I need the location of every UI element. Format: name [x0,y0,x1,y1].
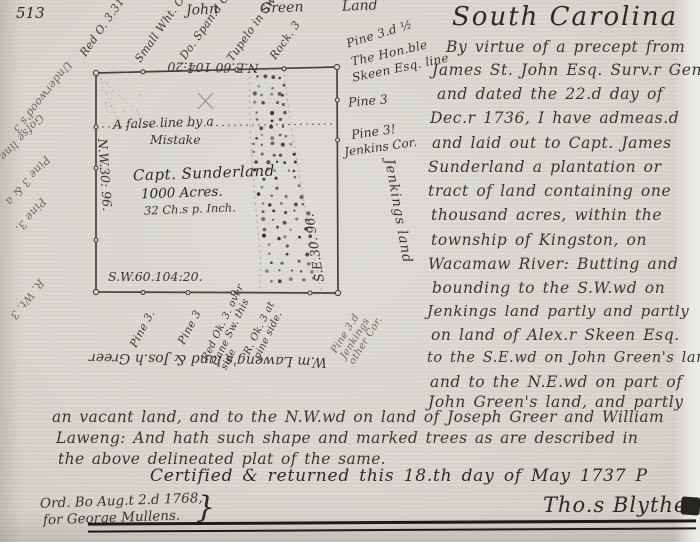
deed-line: Jenkings land partly and partly [427,304,689,320]
surveyor-signature: Tho.s Blythe, D.S [543,494,700,516]
page-number: 513 [16,6,45,22]
false-line-note2: Mistake [150,133,201,146]
closing-rule [88,519,696,532]
order-brace: } [196,492,215,524]
x-mark [198,93,213,109]
deed-line: James St. John Esq. Surv.r Gen.l [432,62,700,78]
tract-owner: Capt. Sunderland [133,164,275,185]
bearing-northeast: N.E.60 104:20 [140,60,286,76]
deed-line: and laid out to Capt. James [432,135,672,151]
deed-line: tract of land containing one [428,183,671,199]
tree-label: Pine 3 [348,92,389,109]
tree-label: Pine 3. [128,308,157,349]
deed-line: thousand acres, within the [431,207,662,223]
deed-title: South Carolina [452,4,678,31]
swamp-edge-left [250,71,261,292]
tree-label: Red O. 3.31 [78,0,127,59]
deed-line: bounding to the S.W.wd on [432,280,665,296]
deed-line: and dated the 22.d day of [437,86,663,102]
deed-full-line: an vacant land, and to the N.W.wd on lan… [52,409,664,425]
deed-line: to the S.E.wd on John Green's land [427,351,700,366]
false-line-note: A false line by a [113,114,214,131]
bearing-northwest: N.W.30: 96. [96,138,114,211]
ink-blot [680,496,700,515]
deed-line: By virtue of a precept from [446,39,685,55]
deed-line: Wacamaw River: Butting and [428,256,678,272]
bearing-southwest: S.W.60.104:20. [108,270,203,283]
deed-line: township of Kingston, on [431,232,647,248]
adjoiner-bottom-flipped: W.m Laweng's land & Jos.h Greer [62,349,354,369]
margin-label: R. Wt. 3 [8,277,46,321]
margin-label: Pine 3. [13,196,48,235]
tract-acreage: 1000 Acres. [141,185,223,202]
deed-line: and to the N.E.wd on part of [430,374,683,390]
deed-line: on land of Alex.r Skeen Esq. [431,327,680,343]
tree-label: Pine 3 [176,308,203,346]
certification-line: Certified & returned this 18.th day of M… [150,468,648,486]
tree-label: Rock. 3 [268,19,303,62]
adjoiner-jenkings: Jenkings land [382,158,414,265]
adjoiner-top-word3: Land [342,0,378,14]
deed-line: Dec.r 1736, I have admeas.d [430,110,679,126]
tract-scale: 32 Ch.s p. Inch. [144,201,236,216]
deed-line: Sunderland a plantation or [428,159,662,175]
deed-full-line: Laweng: And hath such shape and marked t… [56,430,638,446]
manuscript-page: 513 John Green Land Red O. 3.31 Small Wh… [0,0,700,542]
bearing-southeast: S.E.30. 96. [302,213,326,283]
deed-full-line: the above delineated plat of the same. [58,451,386,467]
